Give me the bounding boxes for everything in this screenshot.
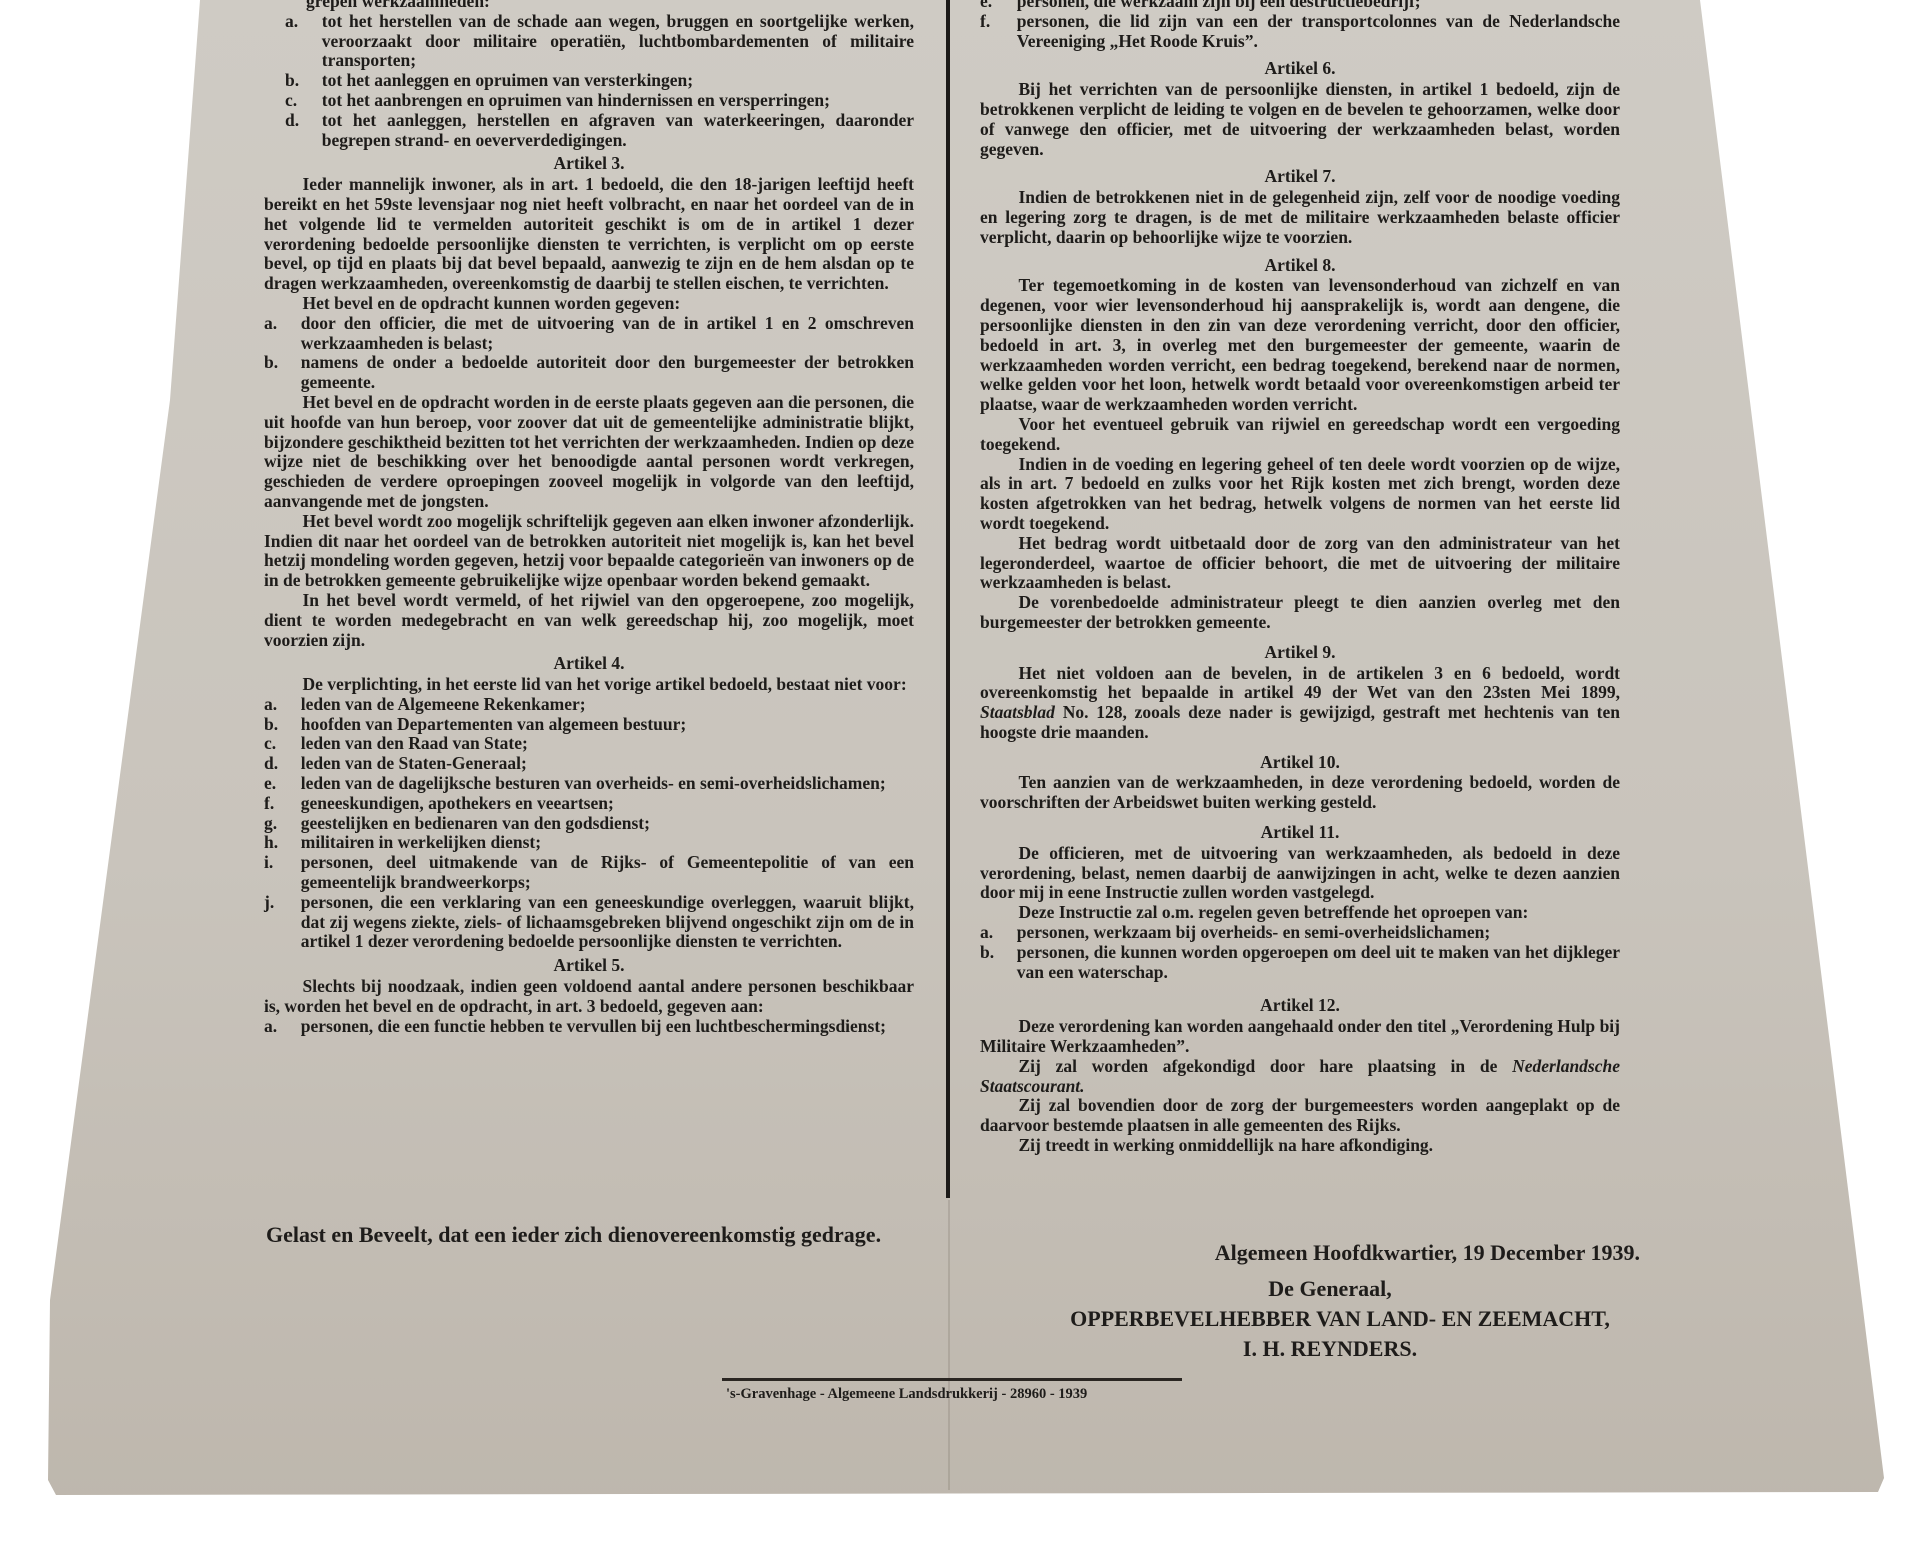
paragraph: Zij zal worden afgekondigd door hare pla… <box>980 1057 1620 1097</box>
paragraph: Het bevel wordt zoo mogelijk schriftelij… <box>264 512 914 591</box>
left-column: grepen werkzaamheden: a.tot het herstell… <box>264 0 914 1036</box>
article-heading: Artikel 8. <box>980 256 1620 276</box>
list-item: a.tot het herstellen van de schade aan w… <box>285 12 914 71</box>
signature-title: De Generaal, <box>1100 1276 1560 1302</box>
list-item: b.tot het aanleggen en opruimen van vers… <box>285 71 914 91</box>
list-item: g.geestelijken en bedienaren van den god… <box>264 814 914 834</box>
paragraph: Zij zal bovendien door de zorg der burge… <box>980 1096 1620 1136</box>
paragraph: Deze verordening kan worden aangehaald o… <box>980 1017 1620 1057</box>
paragraph: Voor het eventueel gebruik van rijwiel e… <box>980 415 1620 455</box>
paragraph: Deze Instructie zal o.m. regelen geven b… <box>980 903 1620 923</box>
article-heading: Artikel 6. <box>980 59 1620 79</box>
paragraph: Indien de betrokkenen niet in de gelegen… <box>980 188 1620 247</box>
paragraph: Indien in de voeding en legering geheel … <box>980 455 1620 534</box>
article-heading: Artikel 10. <box>980 753 1620 773</box>
printer-imprint: 's-Gravenhage - Algemeene Landsdrukkerij… <box>726 1386 1087 1403</box>
list-item: c.leden van den Raad van State; <box>264 734 914 754</box>
printer-rule <box>722 1378 1182 1381</box>
list-item: a.personen, werkzaam bij overheids- en s… <box>980 923 1620 943</box>
list-item: a.leden van de Algemeene Rekenkamer; <box>264 695 914 715</box>
paragraph: De verplichting, in het eerste lid van h… <box>264 675 914 695</box>
list-item: a.personen, die een functie hebben te ve… <box>264 1017 914 1037</box>
paragraph: Slechts bij noodzaak, indien geen voldoe… <box>264 977 914 1017</box>
list-item: f.personen, die lid zijn van een der tra… <box>980 12 1620 52</box>
column-divider <box>946 0 950 1198</box>
list-item: j.personen, die een verklaring van een g… <box>264 893 914 952</box>
list-item: d.tot het aanleggen, herstellen en afgra… <box>285 111 914 151</box>
list-item: c.tot het aanbrengen en opruimen van hin… <box>285 91 914 111</box>
paragraph: Ieder mannelijk inwoner, als in art. 1 b… <box>264 175 914 294</box>
paragraph: Ter tegemoetkoming in de kosten van leve… <box>980 276 1620 415</box>
paragraph: In het bevel wordt vermeld, of het rijwi… <box>264 591 914 650</box>
article-heading: Artikel 3. <box>264 154 914 174</box>
article-heading: Artikel 12. <box>980 996 1620 1016</box>
list-item: e.leden van de dagelijksche besturen van… <box>264 774 914 794</box>
paragraph: Het bedrag wordt uitbetaald door de zorg… <box>980 534 1620 593</box>
list-item: b.hoofden van Departementen van algemeen… <box>264 715 914 735</box>
article-heading: Artikel 7. <box>980 167 1620 187</box>
right-column: e.personen, die werkzaam zijn bij een de… <box>980 0 1620 1156</box>
paragraph: De officieren, met de uitvoering van wer… <box>980 844 1620 903</box>
article-heading: Artikel 4. <box>264 654 914 674</box>
paragraph: Zij treedt in werking onmiddellijk na ha… <box>980 1136 1620 1156</box>
paragraph: Bij het verrichten van de persoonlijke d… <box>980 80 1620 159</box>
paragraph: Het bevel en de opdracht kunnen worden g… <box>264 294 914 314</box>
list-item: h.militairen in werkelijken dienst; <box>264 833 914 853</box>
article-heading: Artikel 9. <box>980 643 1620 663</box>
list-item: i.personen, deel uitmakende van de Rijks… <box>264 853 914 893</box>
signature-rank: OPPERBEVELHEBBER VAN LAND- EN ZEEMACHT, <box>1030 1306 1650 1332</box>
art2-list: a.tot het herstellen van de schade aan w… <box>264 12 914 151</box>
list-item: a.door den officier, die met de uitvoeri… <box>264 314 914 354</box>
closing-statement: Gelast en Beveelt, dat een ieder zich di… <box>266 1222 881 1248</box>
paragraph: Het niet voldoen aan de bevelen, in de a… <box>980 664 1620 743</box>
paper-fold-crease <box>948 1200 950 1490</box>
list-item: b.personen, die kunnen worden opgeroepen… <box>980 943 1620 983</box>
article-heading: Artikel 5. <box>264 956 914 976</box>
signature-place-date: Algemeen Hoofdkwartier, 19 December 1939… <box>1160 1240 1640 1266</box>
list-item: b.namens de onder a bedoelde autoriteit … <box>264 353 914 393</box>
paragraph: Ten aanzien van de werkzaamheden, in dez… <box>980 773 1620 813</box>
list-item: d.leden van de Staten-Generaal; <box>264 754 914 774</box>
signature-name: I. H. REYNDERS. <box>1100 1336 1560 1362</box>
list-item: f.geneeskundigen, apothekers en veeartse… <box>264 794 914 814</box>
paragraph: De vorenbedoelde administrateur pleegt t… <box>980 593 1620 633</box>
article-heading: Artikel 11. <box>980 823 1620 843</box>
paragraph: Het bevel en de opdracht worden in de ee… <box>264 393 914 512</box>
